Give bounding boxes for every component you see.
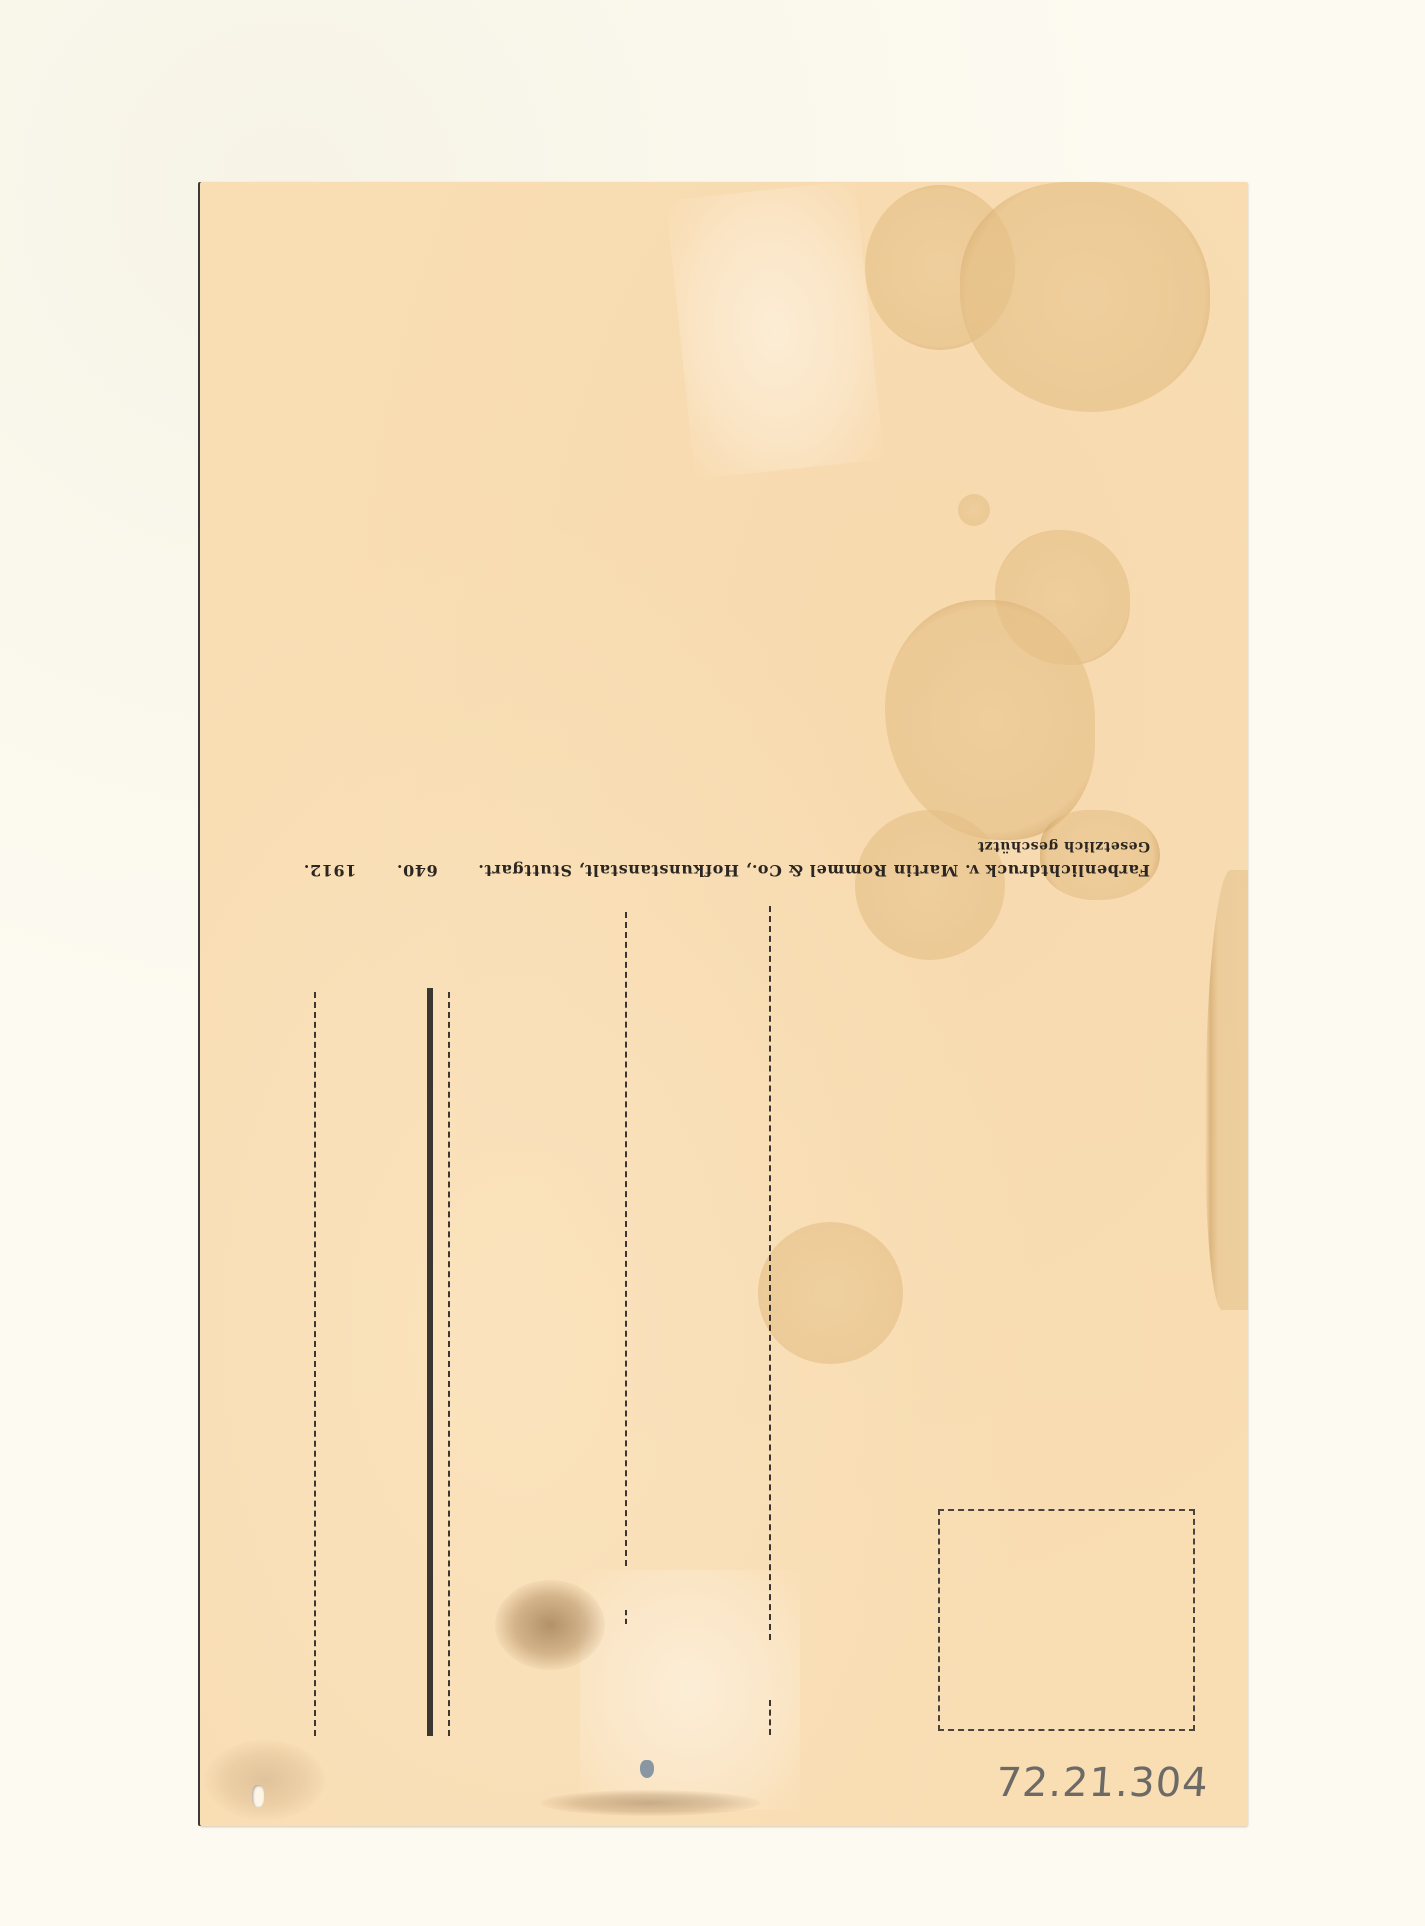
accession-number: 72.21.304 (994, 1760, 1210, 1806)
address-line-3-fragment (625, 1610, 627, 1624)
address-line-3 (625, 912, 627, 1566)
address-line-1 (314, 992, 316, 1736)
stamp-box (938, 1509, 1195, 1731)
blue-ink-mark (640, 1760, 654, 1778)
address-line-2 (448, 992, 450, 1736)
publisher-text: Farbenlichtdruck v. Martin Rommel & Co.,… (478, 861, 1150, 880)
card-number: 640. (396, 861, 437, 880)
publisher-imprint: Farbenlichtdruck v. Martin Rommel & Co.,… (300, 820, 1150, 880)
protection-notice: Gesetzlich geschützt (977, 838, 1150, 854)
paper-dent (252, 1785, 264, 1807)
publisher-line: Farbenlichtdruck v. Martin Rommel & Co.,… (300, 861, 1150, 880)
divider-line (427, 988, 433, 1736)
address-line-4-lower (769, 1700, 771, 1735)
address-line-4 (769, 906, 771, 1640)
print-year: 1912. (303, 861, 356, 880)
